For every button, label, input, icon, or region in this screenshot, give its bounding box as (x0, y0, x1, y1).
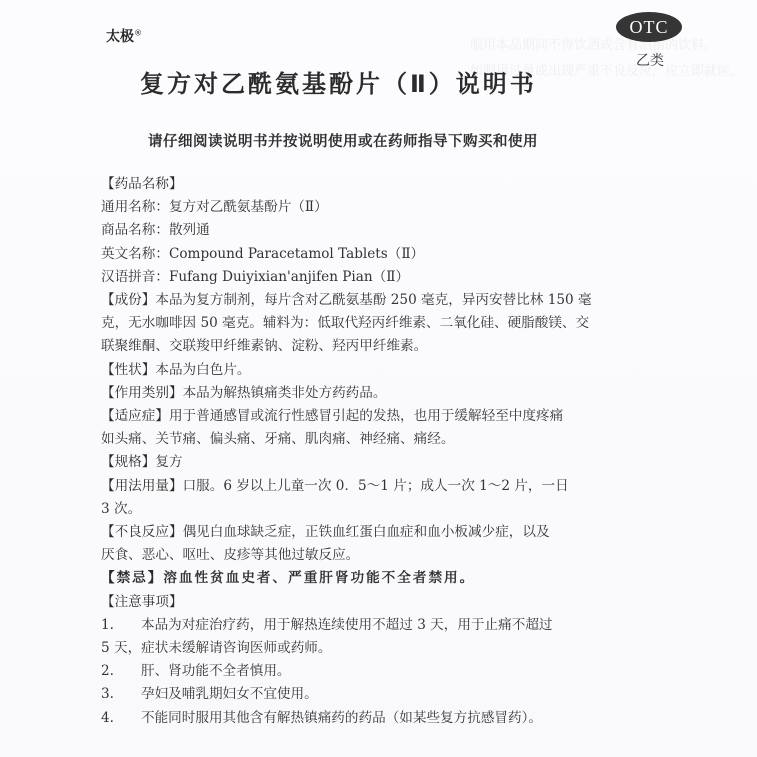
trade-name: 商品名称：散列通 (101, 219, 701, 242)
dosage-line: 3 次。 (101, 498, 701, 521)
generic-name: 通用名称：复方对乙酰氨基酚片（Ⅱ） (101, 196, 701, 219)
precaution-text: 肝、肾功能不全者慎用。 (141, 663, 291, 679)
precaution-item: 2.肝、肾功能不全者慎用。 (101, 660, 701, 683)
precaution-item: 4.不能同时服用其他含有解热镇痛药的药品（如某些复方抗感冒药）。 (101, 707, 701, 730)
indications-line: 用于普通感冒或流行性感冒引起的发热，也用于缓解轻至中度疼痛 (169, 408, 563, 424)
leaflet-page: 服用本品期间不得饮酒或含有酒精的饮料。 如服用过量或出现严重不良反应，应立即就医… (0, 0, 757, 757)
bleed-through-text: 服用本品期间不得饮酒或含有酒精的饮料。 (470, 34, 717, 53)
section-adverse-reactions: 【不良反应】偶见白血球缺乏症，正铁血红蛋白血症和血小板减少症，以及 (101, 521, 701, 544)
reading-notice: 请仔细阅读说明书并按说明使用或在药师指导下购买和使用 (148, 130, 538, 151)
precaution-number: 4. (101, 707, 141, 730)
brand-name: 太极 (106, 29, 134, 45)
section-category: 【作用类别】本品为解热镇痛类非处方药药品。 (101, 382, 701, 405)
brand-logo: 太极® (106, 26, 142, 46)
contraindications-header: 【禁忌】 (101, 570, 163, 586)
precaution-item-continued: 5 天，症状未缓解请咨询医师或药师。 (101, 637, 701, 660)
precaution-number: 1. (101, 614, 141, 637)
ingredients-header: 【成份】 (101, 292, 155, 308)
category-header: 【作用类别】 (101, 385, 183, 401)
section-drug-name-header: 【药品名称】 (101, 173, 701, 196)
indications-header: 【适应症】 (101, 408, 169, 424)
section-specification: 【规格】复方 (101, 451, 701, 474)
precaution-text: 不能同时服用其他含有解热镇痛药的药品（如某些复方抗感冒药）。 (141, 710, 542, 726)
section-contraindications: 【禁忌】溶血性贫血史者、严重肝肾功能不全者禁用。 (101, 567, 701, 590)
precaution-number: 3. (101, 683, 141, 706)
adverse-reactions-header: 【不良反应】 (101, 524, 183, 540)
precaution-item: 3.孕妇及哺乳期妇女不宜使用。 (101, 683, 701, 706)
specification-header: 【规格】 (101, 454, 155, 470)
description-header: 【性状】 (101, 362, 155, 378)
section-indications: 【适应症】用于普通感冒或流行性感冒引起的发热，也用于缓解轻至中度疼痛 (101, 405, 701, 428)
precaution-number: 2. (101, 660, 141, 683)
adverse-reactions-line: 偶见白血球缺乏症，正铁血红蛋白血症和血小板减少症，以及 (183, 524, 550, 540)
adverse-reactions-line: 厌食、恶心、呕吐、皮疹等其他过敏反应。 (101, 544, 701, 567)
ingredients-line: 克，无水咖啡因 50 毫克。辅料为：低取代羟丙纤维素、二氧化硅、硬脂酸镁、交 (101, 312, 701, 335)
leaflet-body: 【药品名称】 通用名称：复方对乙酰氨基酚片（Ⅱ） 商品名称：散列通 英文名称：C… (101, 173, 701, 730)
indications-line: 如头痛、关节痛、偏头痛、牙痛、肌肉痛、神经痛、痛经。 (101, 428, 701, 451)
precaution-text: 孕妇及哺乳期妇女不宜使用。 (141, 686, 318, 702)
specification-text: 复方 (155, 454, 182, 470)
dosage-line: 口服。6 岁以上儿童一次 0．5～1 片；成人一次 1～2 片，一日 (183, 478, 569, 494)
precaution-item: 1.本品为对症治疗药，用于解热连续使用不超过 3 天，用于止痛不超过 (101, 614, 701, 637)
ingredients-line: 本品为复方制剂，每片含对乙酰氨基酚 250 毫克，异丙安替比林 150 毫 (155, 292, 591, 308)
otc-badge: OTC (616, 12, 682, 42)
contraindications-text: 溶血性贫血史者、严重肝肾功能不全者禁用。 (163, 570, 475, 586)
document-title: 复方对乙酰氨基酚片（Ⅱ）说明书 (140, 64, 620, 99)
description-text: 本品为白色片。 (155, 362, 250, 378)
section-precautions-header: 【注意事项】 (101, 591, 701, 614)
english-name: 英文名称：Compound Paracetamol Tablets（Ⅱ） (101, 243, 701, 266)
otc-class-label: 乙类 (636, 50, 664, 70)
pinyin-name: 汉语拼音：Fufang Duiyixian'anjifen Pian（Ⅱ） (101, 266, 701, 289)
registered-mark: ® (134, 28, 142, 37)
category-text: 本品为解热镇痛类非处方药药品。 (183, 385, 387, 401)
dosage-header: 【用法用量】 (101, 478, 183, 494)
ingredients-line: 联聚维酮、交联羧甲纤维素钠、淀粉、羟丙甲纤维素。 (101, 335, 701, 358)
section-dosage: 【用法用量】口服。6 岁以上儿童一次 0．5～1 片；成人一次 1～2 片，一日 (101, 475, 701, 498)
section-ingredients: 【成份】本品为复方制剂，每片含对乙酰氨基酚 250 毫克，异丙安替比林 150 … (101, 289, 701, 312)
section-description: 【性状】本品为白色片。 (101, 359, 701, 382)
precaution-text: 本品为对症治疗药，用于解热连续使用不超过 3 天，用于止痛不超过 (141, 617, 553, 633)
